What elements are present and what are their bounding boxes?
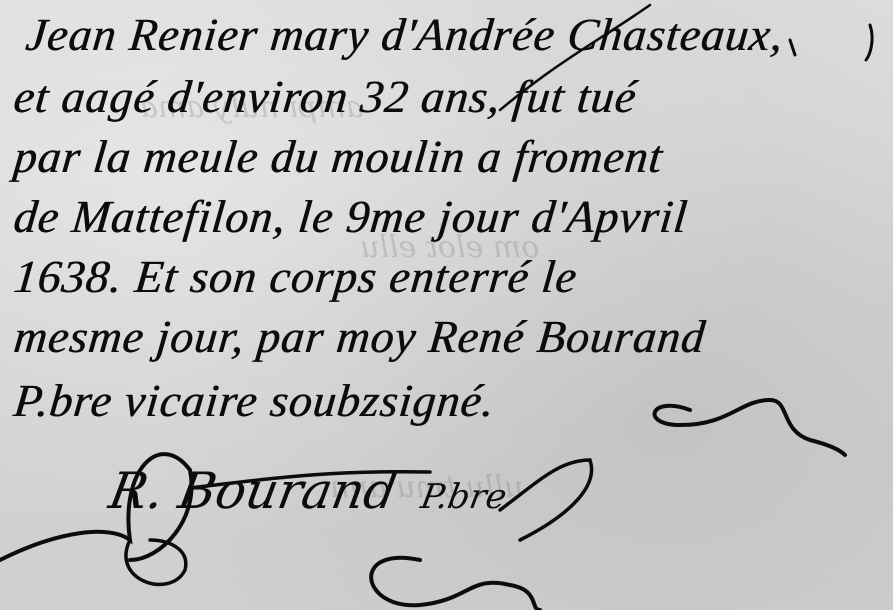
pen-flourishes [0,0,893,610]
manuscript-page: ampi nuly ama om elot ellu ullu tmu ann … [0,0,893,610]
